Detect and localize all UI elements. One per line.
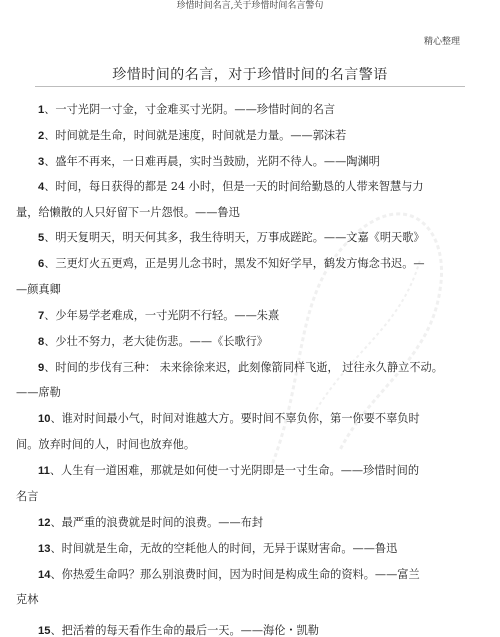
list-item: 11、人生有一道困难，那就是如何使一寸光阴即是一寸生命。——珍惜时间的 [0,464,500,478]
list-item: 9、时间的步伐有三种： 未来徐徐来迟，此刻像箭同样飞逝， 过往永久静立不动。 [0,361,500,375]
list-item: 2、时间就是生命，时间就是速度，时间就是力量。——郭沫若 [0,129,500,143]
list-item: 7、少年易学老难成，一寸光阴不行轻。——朱熹 [0,309,500,323]
document-title: 珍惜时间的名言，对于珍惜时间的名言警语 [0,66,500,84]
list-item-continuation: 克林 [0,593,500,607]
list-item-continuation: —颜真卿 [0,283,500,297]
list-item: 13、时间就是生命，无故的空耗他人的时间，无异于谋财害命。——鲁迅 [0,542,500,556]
list-item: 4、时间，每日获得的都是 24 小时，但是一天的时间给勤恳的人带来智慧与力 [0,180,500,194]
list-item-continuation: ——席勒 [0,386,500,400]
list-item: 6、三更灯火五更鸡，正是男儿念书时，黑发不知好学早，鹤发方悔念书迟。— [0,257,500,271]
header-tag: 精心整理 [424,36,460,48]
list-item: 10、谁对时间最小气，时间对谁越大方。要时间不辜负你，第一你要不辜负时 [0,412,500,426]
list-item-continuation: 间。放弃时间的人，时间也放弃他。 [0,438,500,452]
list-item: 5、明天复明天，明天何其多，我生待明天，万事成蹉跎。——文嘉《明天歌》 [0,231,500,245]
title-divider [35,86,465,87]
list-item: 1、一寸光阴一寸金，寸金难买寸光阴。——珍惜时间的名言 [0,103,500,117]
list-item-continuation: 量，给懒散的人只好留下一片怨恨。——鲁迅 [0,206,500,220]
list-item: 3、盛年不再来，一日难再晨，实时当鼓励，光阴不待人。——陶渊明 [0,155,500,169]
running-header: 珍惜时间名言,关于珍惜时间名言警句 [0,0,500,12]
list-item: 12、最严重的浪费就是时间的浪费。——布封 [0,516,500,530]
list-item: 15、把活着的每天看作生命的最后一天。——海伦・凯勒 [0,624,500,637]
list-item: 14、你热爱生命吗？那么别浪费时间，因为时间是构成生命的资料。——富兰 [0,568,500,582]
list-item-continuation: 名言 [0,490,500,504]
list-item: 8、少壮不努力，老大徒伤悲。——《长歌行》 [0,335,500,349]
